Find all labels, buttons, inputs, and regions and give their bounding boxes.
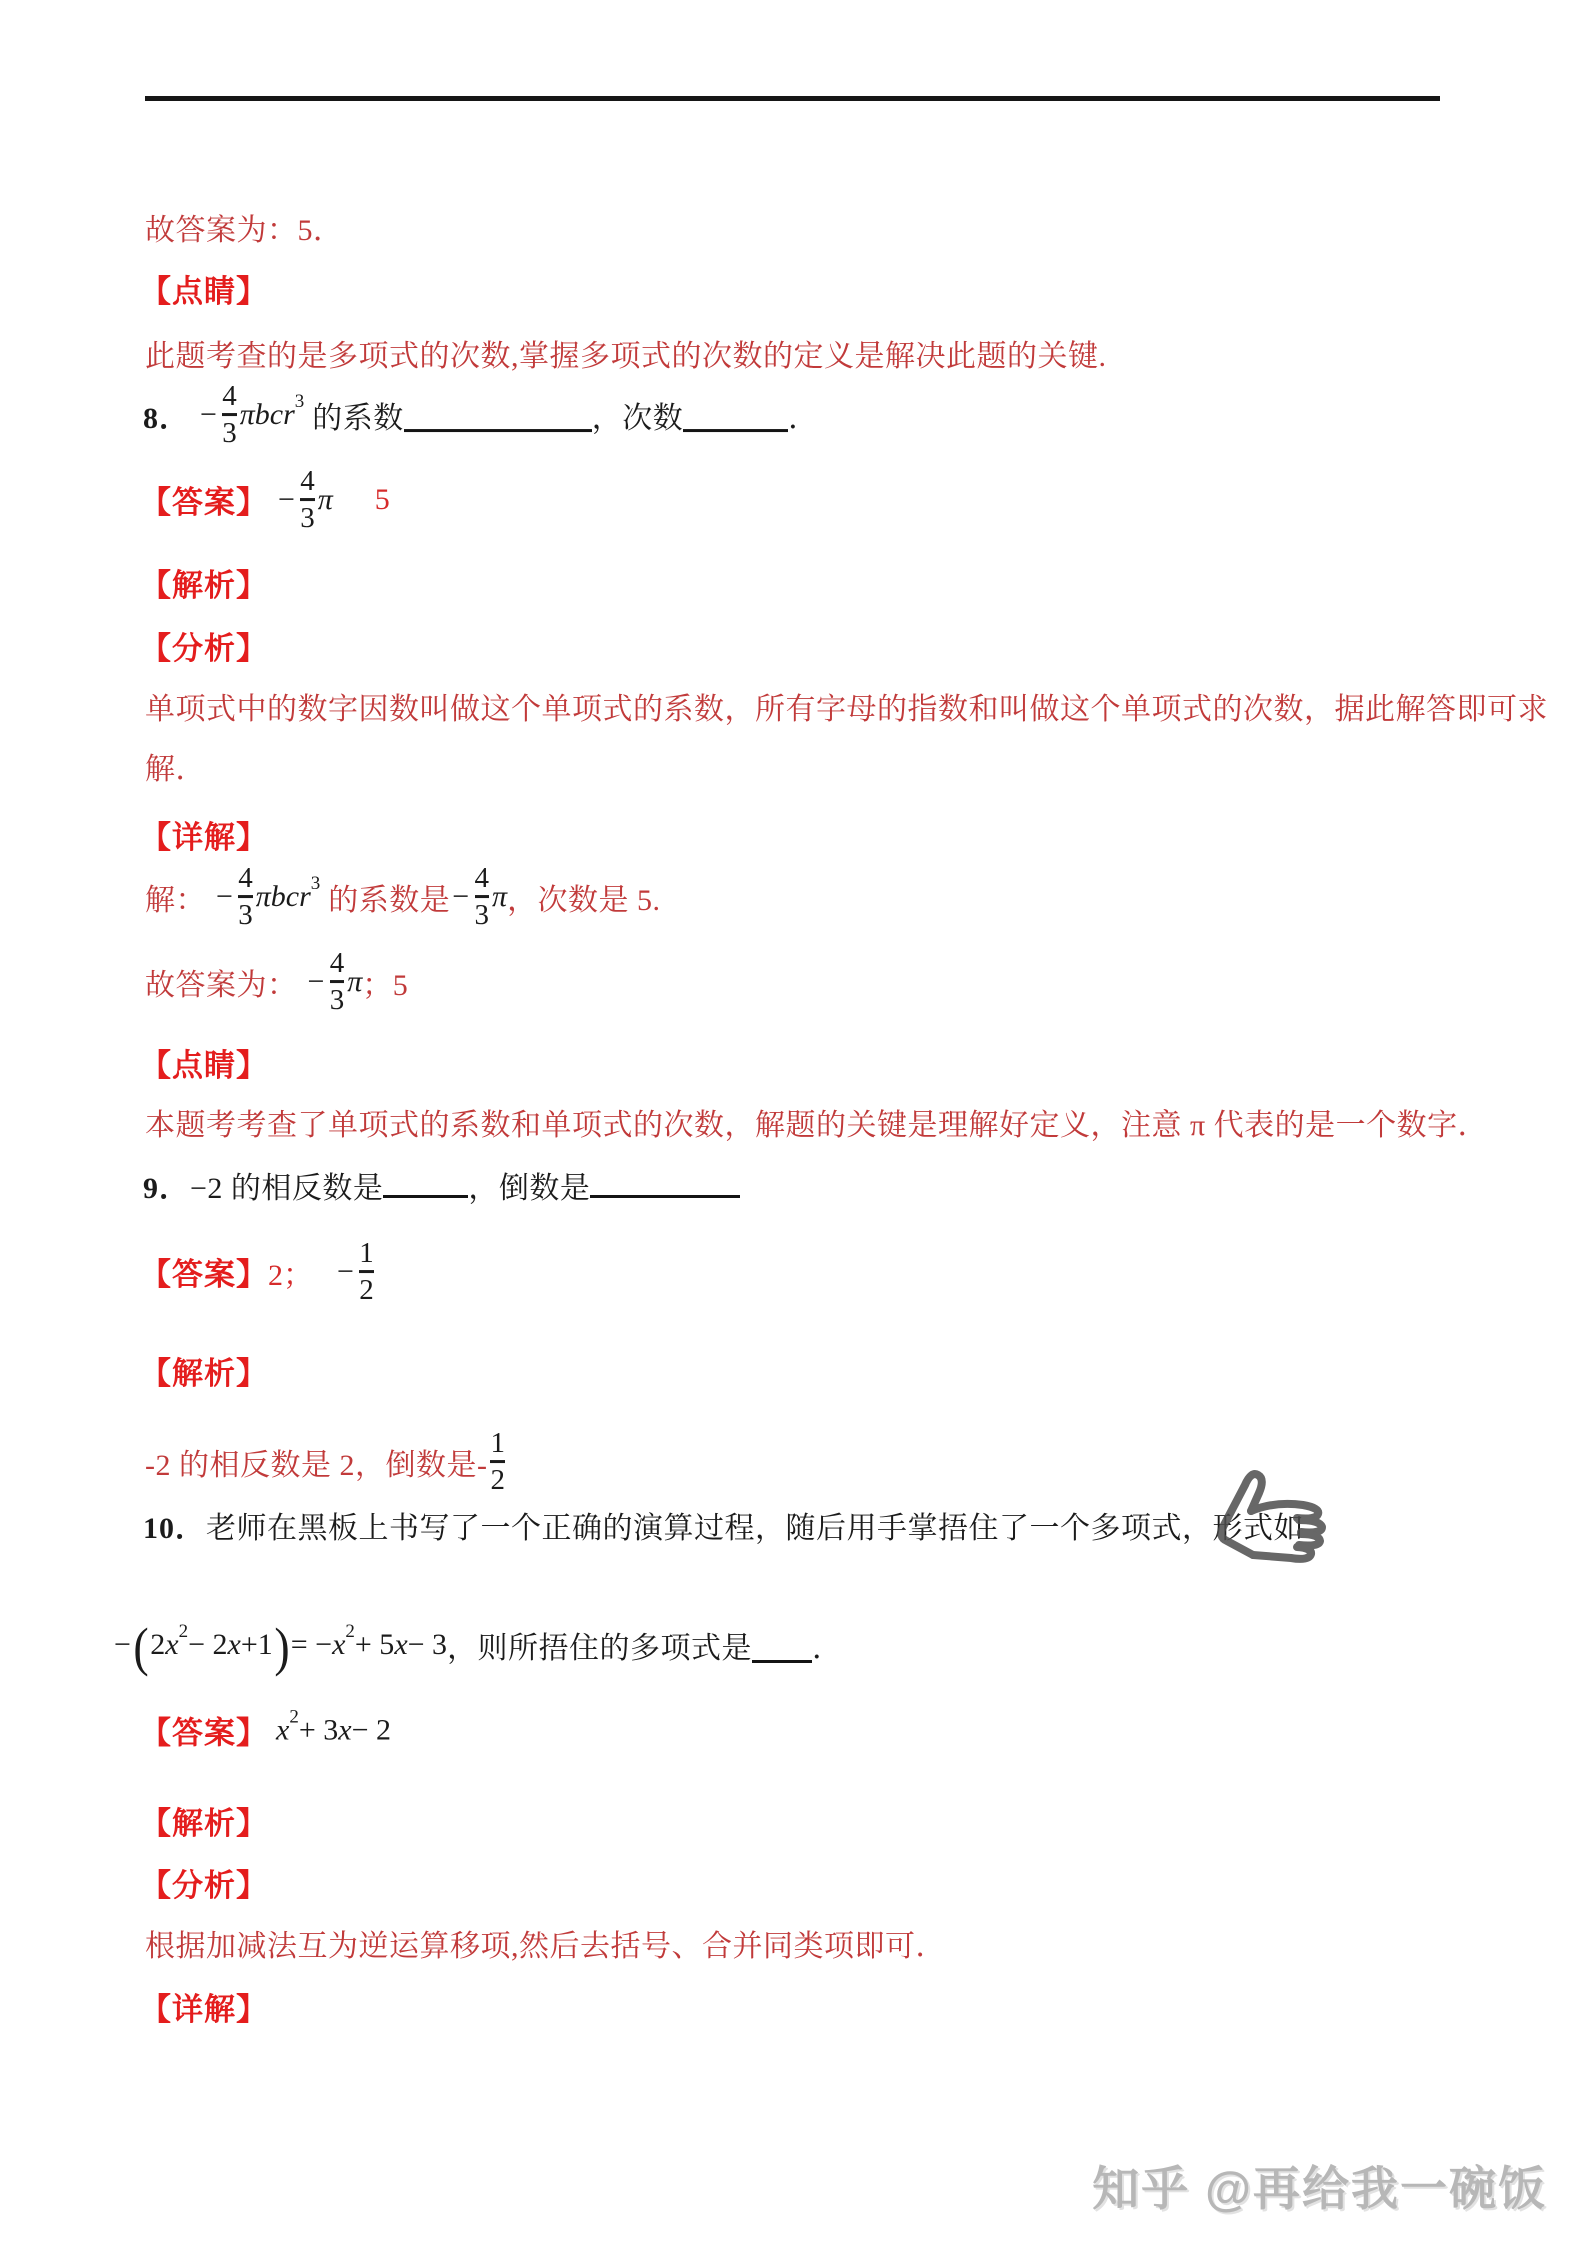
q9-jiexi-fraction: 12 xyxy=(490,1428,505,1496)
q8-detail-mono-sign: − xyxy=(214,880,234,914)
q8-answer-frac-num: 4 xyxy=(300,466,315,496)
answer-x: x xyxy=(338,1713,351,1747)
q8-detail-pi: π xyxy=(492,880,507,914)
answer-term: − 2 xyxy=(352,1713,391,1747)
q8-mono-fraction: 43 xyxy=(222,381,237,449)
q10-fenxi-label: 【分析】 xyxy=(140,1860,268,1905)
q10-formula-suffix: ，则所捂住的多项式是 xyxy=(447,1623,752,1667)
fraction-bar xyxy=(359,1271,374,1274)
q8-answer-label: 【答案】 xyxy=(140,478,268,523)
formula-x: x xyxy=(332,1628,345,1662)
q10-formula-row: −(2x2− 2x+1)= −x2+ 5x− 3，则所捂住的多项式是． xyxy=(112,1623,843,1667)
q10-question-row: 10．老师在黑板上书写了一个正确的演算过程，随后用手掌捂住了一个多项式，形式如 xyxy=(143,1503,1304,1547)
fraction-bar xyxy=(330,981,345,984)
q10-number: 10． xyxy=(143,1512,206,1545)
q8-answer-frac-den: 3 xyxy=(300,504,315,534)
q8-conclusion-row: 故答案为： −43π ；5 xyxy=(145,948,408,1016)
formula-term: + 5 xyxy=(355,1628,394,1662)
q10-blank-polynomial xyxy=(752,1660,812,1663)
frac-num: 4 xyxy=(238,863,253,893)
q8-text-degree: ，次数 xyxy=(592,393,684,437)
q8-detail-coeff-is: 的系数是 xyxy=(328,875,450,919)
frac-den: 2 xyxy=(490,1466,505,1496)
q9-text-mid: ，倒数是 xyxy=(468,1172,590,1205)
q8-fenxi-label: 【分析】 xyxy=(140,623,268,668)
frac-den: 2 xyxy=(359,1276,374,1306)
q8-answer-sign: − xyxy=(276,483,296,517)
q8-detail-jie: 解： xyxy=(145,875,206,919)
fraction-bar xyxy=(475,896,490,899)
q8-frac-denominator: 3 xyxy=(222,419,237,449)
q8-conclusion-fraction: 43 xyxy=(330,948,345,1016)
frac-num: 4 xyxy=(475,863,490,893)
document-page: 故答案为：5． 【点睛】 此题考查的是多项式的次数,掌握多项式的次数的定义是解决… xyxy=(0,0,1587,2245)
formula-term: − 2 xyxy=(188,1628,227,1662)
fraction-bar xyxy=(300,499,315,502)
q8-detail-degree-is: ，次数是 5. xyxy=(507,875,661,919)
q8-detail-sign2: − xyxy=(450,880,470,914)
q9-jiexi-label: 【解析】 xyxy=(140,1348,268,1393)
q10-period: ． xyxy=(812,1623,843,1667)
q9-answer-row: 【答案】 2； −12 xyxy=(140,1238,377,1306)
q8-frac-numerator: 4 xyxy=(222,381,237,411)
q10-jiexi-label: 【解析】 xyxy=(140,1798,268,1843)
q8-mono-sign: − xyxy=(198,398,218,432)
q8-conclusion-suffix: ；5 xyxy=(362,960,408,1004)
q8-detail-mono-body: πbcr xyxy=(256,880,311,914)
q8-jiexi-label: 【解析】 xyxy=(140,560,268,605)
q9-answer-first: 2； xyxy=(268,1250,313,1294)
q8-blank-degree xyxy=(683,430,788,433)
q8-fenxi-line2: 解． xyxy=(145,744,206,788)
q8-period: ． xyxy=(788,393,819,437)
q8-detail-fraction2: 43 xyxy=(475,863,490,931)
q9-answer-label: 【答案】 xyxy=(140,1250,268,1295)
q8-answer-pi: π xyxy=(318,483,333,517)
q7-tip-label: 【点睛】 xyxy=(140,266,268,311)
frac-den: 3 xyxy=(238,901,253,931)
frac-num: 4 xyxy=(330,948,345,978)
q8-conclusion-sign: − xyxy=(306,965,326,999)
q7-tip-text: 此题考查的是多项式的次数,掌握多项式的次数的定义是解决此题的关键. xyxy=(145,331,1107,375)
q8-blank-coefficient xyxy=(404,430,592,433)
answer-term: + 3 xyxy=(299,1713,338,1747)
top-horizontal-rule xyxy=(145,96,1440,101)
frac-den: 3 xyxy=(475,901,490,931)
q9-question-row: 9．−2 的相反数是，倒数是 xyxy=(143,1163,740,1207)
q9-jiexi-prefix: -2 的相反数是 2，倒数是- xyxy=(145,1440,487,1484)
q8-tip-text: 本题考考查了单项式的系数和单项式的次数，解题的关键是理解好定义，注意 π 代表的… xyxy=(145,1100,1488,1144)
q9-answer-fraction: 12 xyxy=(359,1238,374,1306)
fraction-bar xyxy=(238,896,253,899)
formula-x: x xyxy=(165,1628,178,1662)
fraction-bar xyxy=(490,1461,505,1464)
q8-conclusion-pi: π xyxy=(347,965,362,999)
q8-question-row: 8． −43πbcr3 的系数，次数． xyxy=(143,381,819,449)
q10-detail-label: 【详解】 xyxy=(140,1984,268,2029)
q8-answer-fraction: 43 xyxy=(300,466,315,534)
q8-tip-label: 【点睛】 xyxy=(140,1040,268,1085)
formula-term: +1 xyxy=(241,1628,273,1662)
q8-detail-fraction1: 43 xyxy=(238,863,253,931)
q9-jiexi-row: -2 的相反数是 2，倒数是-12 xyxy=(145,1428,508,1496)
q10-answer-row: 【答案】 x2+ 3x− 2 xyxy=(140,1708,391,1753)
q8-detail-line: 解： −43πbcr3 的系数是 −43π ，次数是 5. xyxy=(145,863,661,931)
q8-text-coeff: 的系数 xyxy=(312,393,404,437)
q9-answer-sign: − xyxy=(335,1255,355,1289)
q8-number: 8． xyxy=(143,393,190,437)
frac-num: 1 xyxy=(359,1238,374,1268)
formula-x: x xyxy=(394,1628,407,1662)
q8-mono-body: πbcr xyxy=(240,398,295,432)
answer-x: x xyxy=(276,1713,289,1747)
formula-minus: − xyxy=(112,1628,132,1662)
q8-conclusion-prefix: 故答案为： xyxy=(145,960,298,1004)
q9-text-prefix: −2 的相反数是 xyxy=(190,1172,383,1205)
q10-answer-label: 【答案】 xyxy=(140,1708,268,1753)
formula-x: x xyxy=(227,1628,240,1662)
hand-cover-icon xyxy=(1213,1463,1341,1583)
q7-conclusion: 故答案为：5． xyxy=(145,205,344,249)
q10-fenxi-text: 根据加减法互为逆运算移项,然后去括号、合并同类项即可． xyxy=(145,1921,946,1965)
q9-number: 9． xyxy=(143,1172,190,1205)
q9-blank-reciprocal xyxy=(590,1165,740,1198)
q8-fenxi-line1: 单项式中的数字因数叫做这个单项式的系数，所有字母的指数和叫做这个单项式的次数，据… xyxy=(145,684,1548,728)
q8-answer-row: 【答案】 −43π 5 xyxy=(140,466,390,534)
formula-equals: = − xyxy=(291,1628,332,1662)
q10-text: 老师在黑板上书写了一个正确的演算过程，随后用手掌捂住了一个多项式，形式如 xyxy=(206,1512,1304,1545)
q8-detail-label: 【详解】 xyxy=(140,812,268,857)
formula-term: − 3 xyxy=(408,1628,447,1662)
q8-answer-degree: 5 xyxy=(375,483,390,517)
formula-coef: 2 xyxy=(150,1628,165,1662)
frac-den: 3 xyxy=(330,986,345,1016)
fraction-bar xyxy=(222,414,237,417)
zhihu-watermark: 知乎 @再给我一碗饭 xyxy=(1092,2152,1547,2219)
frac-num: 1 xyxy=(490,1428,505,1458)
q9-blank-opposite xyxy=(383,1165,468,1198)
